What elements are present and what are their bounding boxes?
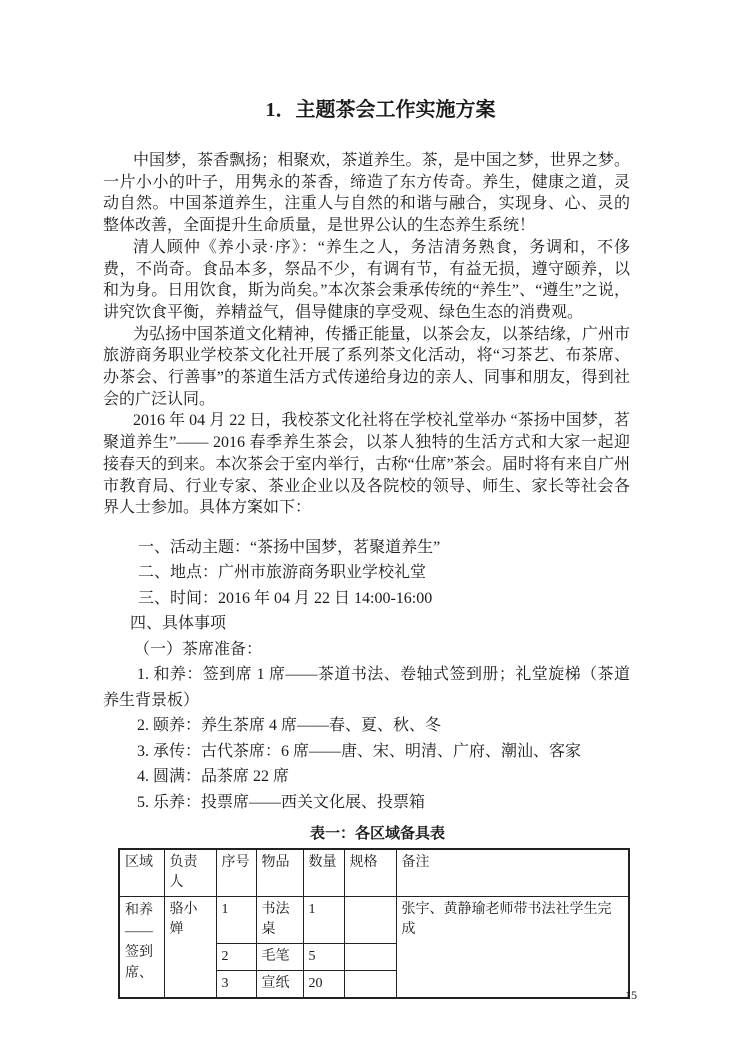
cell-seq: 3 [216, 971, 256, 999]
cell-spec [344, 897, 396, 944]
paragraph: 中国梦，茶香飘扬；相聚欢，茶道养生。茶，是中国之梦，世界之梦。一片小小的叶子，用… [103, 150, 630, 237]
cell-seq: 1 [216, 897, 256, 944]
header-cell-manager: 负责人 [164, 849, 216, 897]
numbered-list-item: 3. 承传：古代茶席：6 席——唐、宋、明清、广府、潮汕、客家 [103, 739, 630, 765]
header-cell-spec: 规格 [344, 849, 396, 897]
cell-qty: 20 [303, 971, 344, 999]
plan-list: 一、活动主题：“茶扬中国梦，茗聚道养生” 二、地点：广州市旅游商务职业学校礼堂 … [103, 535, 630, 816]
numbered-list-item: 4. 圆满：品茶席 22 席 [103, 764, 630, 790]
cell-manager: 骆小婵 [164, 897, 216, 999]
numbered-list-item: 2. 颐养：养生茶席 4 席——春、夏、秋、冬 [103, 713, 630, 739]
list-item-theme: 一、活动主题：“茶扬中国梦，茗聚道养生” [103, 535, 630, 561]
cell-seq: 2 [216, 944, 256, 971]
equipment-table: 区域 负责人 序号 物品 数量 规格 备注 和养——签到席、 骆小婵 1 书法桌… [118, 848, 630, 999]
paragraph: 清人顾仲《养小录·序》：“养生之人，务洁清务熟食，务调和，不侈费，不尚奇。食品本… [103, 237, 630, 324]
numbered-list-item: 5. 乐养：投票席——西关文化展、投票箱 [103, 790, 630, 816]
header-cell-seq: 序号 [216, 849, 256, 897]
header-cell-region: 区域 [119, 849, 164, 897]
cell-item: 毛笔 [256, 944, 303, 971]
cell-item: 书法桌 [256, 897, 303, 944]
document-page: 1．主题茶会工作实施方案 中国梦，茶香飘扬；相聚欢，茶道养生。茶，是中国之梦，世… [0, 0, 750, 1060]
page-number: 15 [625, 988, 637, 1003]
header-cell-item: 物品 [256, 849, 303, 897]
list-item-preparation: （一）茶席准备： [103, 637, 630, 663]
cell-spec [344, 971, 396, 999]
cell-note: 张宇、黄静瑜老师带书法社学生完成 [396, 897, 629, 999]
paragraph: 为弘扬中国茶道文化精神，传播正能量，以茶会友，以茶结缘，广州市旅游商务职业学校茶… [103, 324, 630, 411]
cell-item: 宣纸 [256, 971, 303, 999]
cell-region: 和养——签到席、 [119, 897, 164, 999]
document-title: 1．主题茶会工作实施方案 [131, 96, 630, 124]
list-item-place: 二、地点：广州市旅游商务职业学校礼堂 [103, 560, 630, 586]
body-text: 中国梦，茶香飘扬；相聚欢，茶道养生。茶，是中国之梦，世界之梦。一片小小的叶子，用… [103, 150, 630, 519]
table-caption: 表一：各区域备具表 [125, 822, 630, 846]
header-cell-note: 备注 [396, 849, 629, 897]
cell-qty: 5 [303, 944, 344, 971]
numbered-list-item: 1. 和养：签到席 1 席——茶道书法、卷轴式签到册；礼堂旋梯（茶道养生背景板） [103, 662, 630, 713]
paragraph: 2016 年 04 月 22 日，我校茶文化社将在学校礼堂举办 “茶扬中国梦，茗… [103, 410, 630, 519]
cell-qty: 1 [303, 897, 344, 944]
table-header-row: 区域 负责人 序号 物品 数量 规格 备注 [119, 849, 629, 897]
header-cell-qty: 数量 [303, 849, 344, 897]
table-row: 和养——签到席、 骆小婵 1 书法桌 1 张宇、黄静瑜老师带书法社学生完成 [119, 897, 629, 944]
list-item-time: 三、时间：2016 年 04 月 22 日 14:00-16:00 [103, 586, 630, 612]
list-item-details: 四、具体事项 [103, 611, 630, 637]
cell-spec [344, 944, 396, 971]
